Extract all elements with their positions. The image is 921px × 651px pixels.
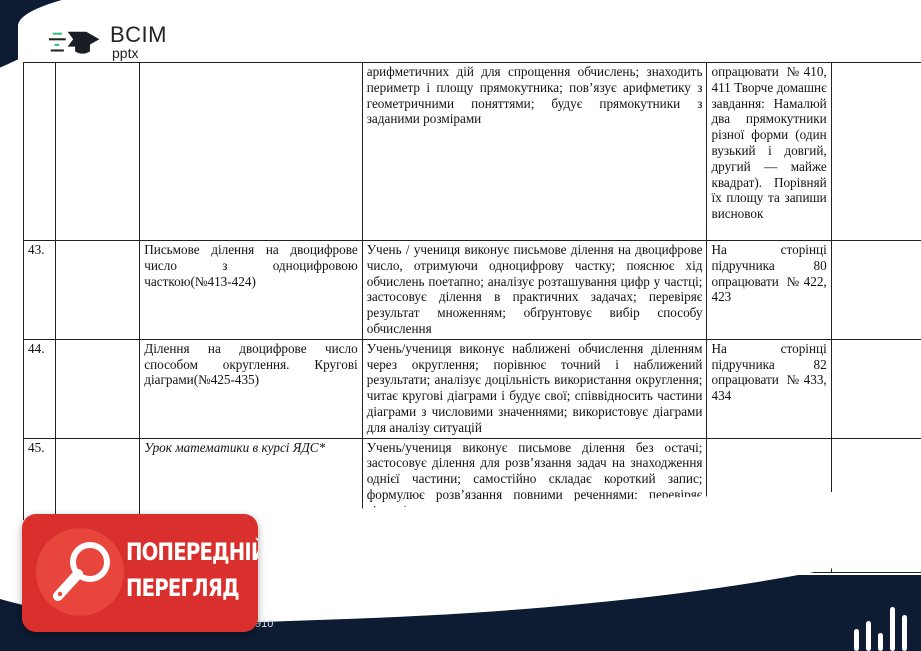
row-date [56,339,140,438]
magnifier-icon [44,534,120,610]
logo-subtitle: pptx [112,46,167,60]
row-homework: На сторінці підручника 80 опрацювати №42… [707,241,831,340]
row-homework: На сторінці підручника 82 опрацювати №43… [707,339,831,438]
table-row: арифметичних дій для спрощення обчислень… [24,63,921,241]
row-note [831,339,921,438]
row-date [56,63,140,241]
row-note [831,241,921,340]
row-number: 43. [24,241,56,340]
site-logo: BCIM pptx [48,24,167,60]
row-topic: Письмове ділення на двоцифрове число з о… [140,241,362,340]
row-topic: Ділення на двоцифрове число способом окр… [140,339,362,438]
decor-bars-icon [850,585,920,651]
graduation-cap-icon [48,28,104,56]
table-row: 43.Письмове ділення на двоцифрове число … [24,241,921,340]
row-date [56,241,140,340]
preview-badge[interactable]: ПОПЕРЕДНІЙ ПЕРЕГЛЯД [22,514,258,632]
preview-label-line1: ПОПЕРЕДНІЙ [126,534,258,570]
row-outcomes: арифметичних дій для спрощення обчислень… [362,63,707,241]
preview-label-line2: ПЕРЕГЛЯД [126,570,258,606]
row-outcomes: Учень/учениця виконує наближені обчислен… [362,339,707,438]
logo-title: BCIM [110,24,167,46]
row-number [24,63,56,241]
preview-label: ПОПЕРЕДНІЙ ПЕРЕГЛЯД [126,534,258,606]
row-number: 44. [24,339,56,438]
row-topic [140,63,362,241]
row-homework: опрацювати №410, 411 Творче домашнє завд… [707,63,831,241]
row-note [831,63,921,241]
table-row: 44.Ділення на двоцифрове число способом … [24,339,921,438]
row-outcomes: Учень / учениця виконує письмове ділення… [362,241,707,340]
